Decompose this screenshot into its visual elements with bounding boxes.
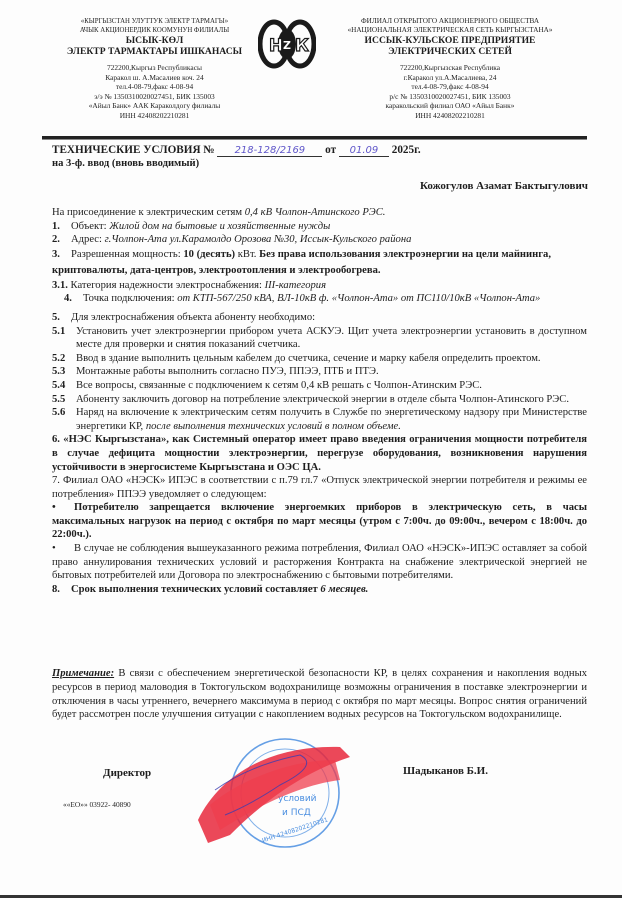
allowed-power: 10 (десять): [183, 249, 235, 260]
address-line: ИНН 42408202210281: [320, 111, 580, 121]
letterhead-right-org-line1: ФИЛИАЛ ОТКРЫТОГО АКЦИОНЕРНОГО ОБЩЕСТВА: [320, 17, 580, 26]
letterhead-right-name-line2: ЭЛЕКТРИЧЕСКИХ СЕТЕЙ: [320, 46, 580, 57]
document-subtitle: на 3-ф. ввод (вновь вводимый): [52, 158, 199, 169]
letterhead-right: ФИЛИАЛ ОТКРЫТОГО АКЦИОНЕРНОГО ОБЩЕСТВА «…: [320, 17, 580, 120]
item-5-1: 5.1Установить учет электроэнергии прибор…: [52, 325, 587, 352]
stamp-inn: ИНН 42408202210281: [261, 816, 329, 844]
letterhead-left-name-line1: ЫСЫК-КӨЛ: [52, 35, 257, 46]
item-number: 2.: [52, 233, 71, 247]
address-line: каракольский филиал ОАО «Айыл Банк»: [320, 101, 580, 111]
item-number: 5.3: [52, 365, 76, 379]
intro-paragraph: На присоединение к электрическим сетям 0…: [52, 206, 587, 220]
letterhead-left-name-line2: ЭЛЕКТР ТАРМАКТАРЫ ИШКАНАСЫ: [52, 46, 257, 57]
item-number: 5.: [52, 311, 71, 325]
bullet-1: •Потребителю запрещается включение энерг…: [52, 501, 587, 542]
addressee-name: Кожогулов Азамат Бактыгулович: [420, 180, 588, 192]
address-line: 722200,Кыргыз Республикасы: [52, 63, 257, 73]
item-5-4: 5.4Все вопросы, связанные с подключением…: [52, 379, 587, 393]
item-number: 5.4: [52, 379, 76, 393]
item-8: 8.Срок выполнения технических условий со…: [52, 583, 587, 597]
letterhead-right-address: 722200,Кыргызская Республика г.Каракол у…: [320, 63, 580, 120]
item-value: от КТП-567/250 кВА, ВЛ-10кВ ф. «Чолпон-А…: [177, 293, 540, 304]
signer-position: Директор: [103, 767, 151, 779]
title-year: 2025г.: [392, 144, 421, 156]
conditions-body: На присоединение к электрическим сетям 0…: [52, 206, 587, 596]
header-divider: [42, 136, 587, 140]
item-number: 5.6: [52, 406, 76, 420]
handwritten-date: 01.09: [339, 145, 389, 157]
item-value: III-категория: [265, 280, 326, 291]
stamp-text-2: и ПСД: [282, 808, 311, 818]
item-text: Ввод в здание выполнить цельным кабелем …: [76, 353, 541, 364]
address-line: э/э № 1350310020027451, БИК 135003: [52, 92, 257, 102]
address-line: «Айыл Банк» ААК Караколдогу филиалы: [52, 101, 257, 111]
item-label: Разрешенная мощность:: [71, 249, 183, 260]
item-number: 1.: [52, 220, 71, 234]
item-1: 1.Объект: Жилой дом на бытовые и хозяйст…: [52, 220, 587, 234]
svg-text:К: К: [295, 36, 309, 56]
address-line: тел.4-08-79,факс 4-08-94: [320, 82, 580, 92]
item-label: Категория надежности электроснабжения:: [68, 280, 265, 291]
item-5-3: 5.3Монтажные работы выполнить согласно П…: [52, 365, 587, 379]
letterhead-left-org-line2: АЧЫК АКЦИОНЕРДИК КООМУНУН ФИЛИАЛЫ: [52, 26, 257, 35]
item-label: Для электроснабжения объекта абоненту не…: [71, 312, 315, 323]
item-5-2: 5.2Ввод в здание выполнить цельным кабел…: [52, 352, 587, 366]
bullet-text: Потребителю запрещается включение энерго…: [52, 502, 587, 540]
address-line: тел.4-08-79,факс 4-08-94: [52, 82, 257, 92]
address-line: 722200,Кыргызская Республика: [320, 63, 580, 73]
item-2: 2.Адрес: г.Чолпон-Ата ул.Карамолдо Орозо…: [52, 233, 587, 247]
bullet-icon: •: [52, 501, 74, 515]
svg-text:Н: Н: [269, 36, 283, 56]
official-stamp-redacted-icon: условий и ПСД ИНН 42408202210281: [190, 735, 360, 860]
item-text: Монтажные работы выполнить согласно ПУЭ,…: [76, 366, 379, 377]
note-text: В связи с обеспечением энергетической бе…: [52, 668, 587, 720]
svg-text:Z: Z: [283, 39, 291, 52]
note-paragraph: Примечание: В связи с обеспечением энерг…: [52, 667, 587, 722]
item-number: 5.2: [52, 352, 76, 366]
item-value: Жилой дом на бытовые и хозяйственные нуж…: [109, 221, 330, 232]
item-7: 7. Филиал ОАО «НЭСК» ИПЭС в соответствии…: [52, 474, 587, 501]
letterhead-left: «КЫРГЫЗСТАН УЛУТТУК ЭЛЕКТР ТАРМАГЫ» АЧЫК…: [52, 17, 257, 120]
signer-name: Шадыканов Б.И.: [403, 765, 488, 777]
letterhead-left-org-line1: «КЫРГЫЗСТАН УЛУТТУК ЭЛЕКТР ТАРМАГЫ»: [52, 17, 257, 26]
intro-text: На присоединение к электрическим сетям: [52, 207, 245, 218]
document-title: ТЕХНИЧЕСКИЕ УСЛОВИЯ № 218-128/2169 от 01…: [52, 144, 421, 157]
item-italic-text: после выполнения технических условий в п…: [146, 421, 401, 432]
bullet-2: •В случае не соблюдения вышеуказанного р…: [52, 542, 587, 583]
letterhead-right-org-line2: «НАЦИОНАЛЬНАЯ ЭЛЕКТРИЧЕСКАЯ СЕТЬ КЫРГЫЗС…: [320, 26, 580, 35]
bottom-edge: [0, 895, 622, 898]
item-3-1: 3.1. Категория надежности электроснабжен…: [52, 279, 587, 293]
item-text: Абоненту заключить договор на потреблени…: [76, 394, 569, 405]
item-number: 3.: [52, 247, 71, 263]
handwritten-tu-number: 218-128/2169: [217, 145, 322, 157]
note-label: Примечание:: [52, 668, 114, 679]
bullet-text: В случае не соблюдения вышеуказанного ре…: [52, 543, 587, 581]
address-line: р/с № 1350310020027451, БИК 135003: [320, 92, 580, 102]
item-label: Точка подключения:: [83, 293, 177, 304]
item-4: 4.Точка подключения: от КТП-567/250 кВА,…: [52, 292, 587, 306]
address-line: г.Каракол ул.А.Масалиева, 24: [320, 73, 580, 83]
item-text: Все вопросы, связанные с подключением к …: [76, 380, 482, 391]
footer-code: ««ЕО»» 03922- 40890: [63, 800, 131, 809]
item-6: 6. «НЭС Кыргызстана», как Системный опер…: [52, 433, 587, 474]
item-text: Установить учет электроэнергии прибором …: [76, 326, 587, 351]
item-text: Срок выполнения технических условий сост…: [71, 584, 320, 595]
item-label: Объект:: [71, 221, 109, 232]
deadline-value: 6 месяцев.: [320, 584, 368, 595]
power-unit: кВт.: [235, 249, 259, 260]
item-number: 3.1.: [52, 280, 68, 291]
item-5-5: 5.5Абоненту заключить договор на потребл…: [52, 393, 587, 407]
bullet-icon: •: [52, 542, 74, 556]
item-number: 4.: [64, 292, 83, 306]
address-line: ИНН 42408202210281: [52, 111, 257, 121]
letterhead-right-name-line1: ИССЫК-КУЛЬСКОЕ ПРЕДПРИЯТИЕ: [320, 35, 580, 46]
item-number: 8.: [52, 583, 71, 597]
item-3: 3.Разрешенная мощность: 10 (десять) кВт.…: [52, 247, 587, 279]
item-5-6: 5.6Наряд на включение к электрическим се…: [52, 406, 587, 433]
item-label: Адрес:: [71, 234, 105, 245]
item-number: 5.5: [52, 393, 76, 407]
nesk-logo-icon: Н Z К: [258, 18, 316, 70]
title-prefix: ТЕХНИЧЕСКИЕ УСЛОВИЯ №: [52, 144, 215, 156]
item-5: 5.Для электроснабжения объекта абоненту …: [52, 311, 587, 325]
title-from-label: от: [325, 144, 336, 156]
letterhead-left-address: 722200,Кыргыз Республикасы Каракол ш. А.…: [52, 63, 257, 120]
item-number: 5.1: [52, 325, 76, 339]
document-page: «КЫРГЫЗСТАН УЛУТТУК ЭЛЕКТР ТАРМАГЫ» АЧЫК…: [0, 0, 622, 900]
item-value: г.Чолпон-Ата ул.Карамолдо Орозова №30, И…: [105, 234, 412, 245]
intro-value: 0,4 кВ Чолпон-Атинского РЭС.: [245, 207, 386, 218]
address-line: Каракол ш. А.Масалиев коч. 24: [52, 73, 257, 83]
